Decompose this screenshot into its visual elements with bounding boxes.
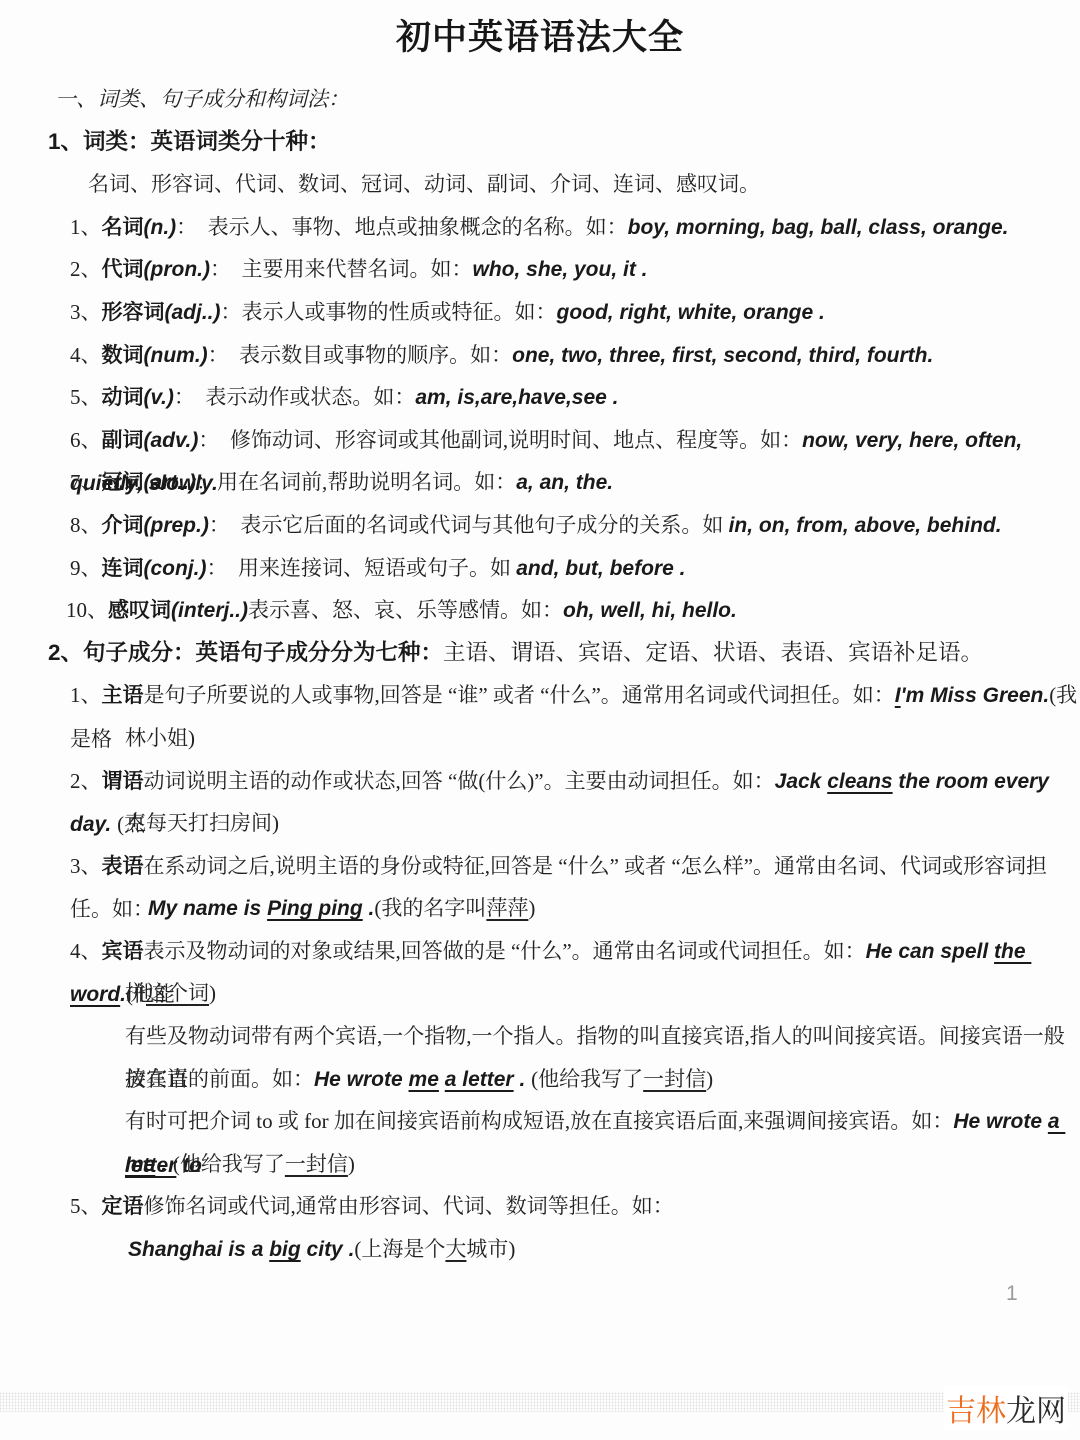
text-segment: 1、	[70, 683, 102, 707]
text-segment: 林小姐)	[125, 726, 195, 750]
text-segment: 表示及物动词的对象或结果,回答做的是 “什么”。通常由名词或代词担任。如：	[144, 939, 866, 963]
text-segment: 主语、谓语、宾语、定语、状语、表语、宾语补足语。	[443, 640, 983, 665]
text-segment: .	[363, 897, 375, 920]
text-segment: He wrote	[953, 1110, 1048, 1133]
text-segment: He can spell	[866, 940, 994, 963]
text-segment: )	[528, 896, 535, 920]
text-segment: 有时可把介词 to 或 for 加在间接宾语前构成短语,放在直接宾语后面,来强调…	[125, 1109, 953, 1133]
sentence-part-1-subject: 1、主语是句子所要说的人或事物,回答是 “谁” 或者 “什么”。通常用名词或代词…	[0, 674, 1080, 717]
text-segment: a, an, the.	[516, 471, 613, 494]
document-body: 一、词类、句子成分和构词法：1、词类：英语词类分十种：名词、形容词、代词、数词、…	[0, 78, 1080, 1271]
text-segment: 2、	[70, 769, 102, 793]
word-class-5-verb: 5、动词(v.)： 表示动作或状态。如：am, is,are,have,see …	[0, 376, 1080, 419]
section-1-heading: 1、词类：英语词类分十种：	[0, 121, 1080, 164]
text-segment: 代词	[102, 258, 144, 281]
text-segment: 10、	[66, 598, 108, 622]
text-segment: in, on, from, above, behind.	[729, 514, 1002, 537]
text-segment: ：	[174, 385, 195, 409]
text-segment: who, she, you, it .	[472, 258, 647, 281]
word-class-7-article: 7、冠词(art..)：用在名词前,帮助说明名词。如：a, an, the.	[0, 461, 1080, 504]
text-segment: (pron.)	[144, 258, 210, 281]
text-segment: 名词、形容词、代词、数词、冠词、动词、副词、介词、连词、感叹词。	[88, 172, 760, 196]
text-segment: 一、词类、句子成分和构词法：	[55, 87, 349, 111]
text-segment: 表示喜、怒、哀、乐等感情。如：	[248, 598, 563, 622]
text-segment: 2、句子成分：英语句子成分分为七种：	[48, 640, 443, 665]
text-segment: He wrote	[314, 1068, 409, 1091]
text-segment: 表示人或事物的性质或特征。如：	[242, 300, 557, 324]
text-segment: ：	[209, 513, 230, 537]
text-segment: .	[155, 1153, 173, 1176]
text-segment: 一封信	[643, 1067, 706, 1091]
text-segment: 5、	[70, 385, 102, 409]
text-segment: 表示人、事物、地点或抽象概念的名称。如：	[197, 215, 628, 239]
text-segment: 3、	[70, 854, 102, 878]
text-segment: ：	[176, 215, 197, 239]
text-segment: 是句子所要说的人或事物,回答是 “谁” 或者 “什么”。通常用名词或代词担任。如…	[144, 683, 895, 707]
sentence-part-3-predicative: 3、表语在系动词之后,说明主语的身份或特征,回答是 “什么” 或者 “怎么样”。…	[0, 845, 1080, 888]
text-segment: big	[269, 1238, 301, 1261]
sentence-part-3-example: My name is Ping ping .(我的名字叫萍萍)	[0, 887, 1080, 930]
text-segment: 6、	[70, 428, 102, 452]
text-segment: 城市)	[466, 1237, 515, 1261]
sentence-part-4-object: 4、宾语表示及物动词的对象或结果,回答做的是 “什么”。通常由名词或代词担任。如…	[0, 930, 1080, 973]
word-class-10-interjection: 10、感叹词(interj..)表示喜、怒、哀、乐等感情。如：oh, well,…	[0, 589, 1080, 632]
text-segment: 9、	[70, 556, 102, 580]
text-segment: 表语	[102, 855, 144, 878]
text-segment: ：	[208, 343, 229, 367]
text-segment: Jack	[775, 770, 828, 793]
text-segment: 8、	[70, 513, 102, 537]
word-class-6-adverb: 6、副词(adv.)： 修饰动词、形容词或其他副词,说明时间、地点、程度等。如：…	[0, 419, 1080, 462]
text-segment: )	[706, 1067, 713, 1091]
word-class-2-pronoun: 2、代词(pron.)： 主要用来代替名词。如：who, she, you, i…	[0, 248, 1080, 291]
word-class-1-noun: 1、名词(n.)： 表示人、事物、地点或抽象概念的名称。如：boy, morni…	[0, 206, 1080, 249]
text-segment: one, two, three, first, second, third, f…	[512, 344, 933, 367]
text-segment: am, is,are,have,see .	[415, 386, 618, 409]
word-class-4-numeral: 4、数词(num.)： 表示数目或事物的顺序。如：one, two, three…	[0, 334, 1080, 377]
text-segment: 表示数目或事物的顺序。如：	[229, 343, 513, 367]
text-segment: (num.)	[144, 344, 208, 367]
text-segment: boy, morning, bag, ball, class, orange.	[628, 216, 1009, 239]
text-segment: (他给我写了	[531, 1067, 643, 1091]
text-segment: 副词	[102, 429, 144, 452]
text-segment: 拼	[125, 981, 146, 1005]
text-segment: ：	[210, 257, 231, 281]
text-segment: 这个词	[146, 981, 209, 1005]
text-segment: 动词说明主语的动作或状态,回答 “做(什么)”。主要由动词担任。如：	[144, 769, 775, 793]
text-segment: ：	[196, 470, 217, 494]
text-segment: (上海是个	[354, 1237, 445, 1261]
text-segment: good, right, white, orange .	[557, 301, 825, 324]
text-segment: My name is	[148, 897, 267, 920]
text-segment: 一封信	[285, 1152, 348, 1176]
text-segment: ：	[221, 300, 242, 324]
watermark-part-1: 吉林	[946, 1395, 1006, 1428]
sentence-part-1-cont: 林小姐)	[0, 717, 1080, 760]
text-segment: )	[209, 981, 216, 1005]
text-segment: me	[409, 1068, 439, 1091]
text-segment: 定语	[102, 1195, 144, 1218]
text-segment: 1、词类：英语词类分十种：	[48, 129, 331, 154]
text-segment: 动词	[102, 386, 144, 409]
text-segment: 4、	[70, 343, 102, 367]
text-segment: 1、	[70, 215, 102, 239]
text-segment: oh, well, hi, hello.	[563, 599, 737, 622]
sentence-part-5-example: Shanghai is a big city .(上海是个大城市)	[0, 1228, 1080, 1271]
text-segment: 3、	[70, 300, 102, 324]
text-segment: 克每天打扫房间)	[125, 811, 279, 835]
page-title: 初中英语语法大全	[0, 0, 1080, 60]
object-note-line-2: 接宾语的前面。如：He wrote me a letter . (他给我写了一封…	[0, 1058, 1080, 1101]
sentence-part-5-attributive: 5、定语修饰名词或代词,通常由形容词、代词、数词等担任。如：	[0, 1185, 1080, 1228]
sentence-part-2-predicate: 2、谓语动词说明主语的动作或状态,回答 “做(什么)”。主要由动词担任。如：Ja…	[0, 760, 1080, 803]
text-segment: Ping ping	[267, 897, 363, 920]
text-segment: 4、	[70, 939, 102, 963]
page-number: 1	[1006, 1282, 1018, 1306]
noise-band	[0, 1392, 1080, 1412]
text-segment: 'm Miss Green.	[901, 684, 1050, 707]
text-segment: (v.)	[144, 386, 174, 409]
text-segment: 形容词	[102, 301, 165, 324]
text-segment: city .	[301, 1238, 355, 1261]
text-segment: (interj..)	[171, 599, 248, 622]
text-segment: (他给我写了	[173, 1152, 285, 1176]
text-segment: (conj.)	[144, 557, 207, 580]
text-segment: 2、	[70, 257, 102, 281]
text-segment: ：	[198, 428, 219, 452]
word-class-list: 名词、形容词、代词、数词、冠词、动词、副词、介词、连词、感叹词。	[0, 163, 1080, 206]
text-segment: .	[514, 1068, 532, 1091]
section-2-heading: 2、句子成分：英语句子成分分为七种：主语、谓语、宾语、定语、状语、表语、宾语补足…	[0, 632, 1080, 675]
text-segment: 介词	[102, 514, 144, 537]
text-segment: 连词	[102, 557, 144, 580]
text-segment: 主语	[102, 684, 144, 707]
word-class-8-preposition: 8、介词(prep.)： 表示它后面的名词或代词与其他句子成分的关系。如 in,…	[0, 504, 1080, 547]
text-segment: 大	[445, 1237, 466, 1261]
text-segment: (n.)	[144, 216, 177, 239]
intro-heading: 一、词类、句子成分和构词法：	[0, 78, 1080, 121]
text-segment: (adv.)	[144, 429, 199, 452]
text-segment: 接宾语的前面。如：	[125, 1067, 314, 1091]
text-segment: 用来连接词、短语或句子。如	[228, 556, 517, 580]
word-class-3-adjective: 3、形容词(adj..)：表示人或事物的性质或特征。如：good, right,…	[0, 291, 1080, 334]
text-segment: ：	[207, 556, 228, 580]
object-note-line-4: me . (他给我写了一封信)	[0, 1143, 1080, 1186]
text-segment: 5、	[70, 1194, 102, 1218]
text-segment: 名词	[102, 216, 144, 239]
document-page: 初中英语语法大全 一、词类、句子成分和构词法：1、词类：英语词类分十种：名词、形…	[0, 0, 1080, 1440]
text-segment: a letter	[445, 1068, 514, 1091]
text-segment: and, but, before .	[516, 557, 685, 580]
text-segment: )	[348, 1152, 355, 1176]
text-segment: 用在名词前,帮助说明名词。如：	[217, 470, 516, 494]
object-note-line-1: 有些及物动词带有两个宾语,一个指物,一个指人。指物的叫直接宾语,指人的叫间接宾语…	[0, 1015, 1080, 1058]
text-segment: cleans	[827, 770, 892, 793]
text-segment: 表示它后面的名词或代词与其他句子成分的关系。如	[230, 513, 729, 537]
watermark: 吉林龙网	[944, 1386, 1068, 1430]
sentence-part-4-cont: 拼这个词)	[0, 972, 1080, 1015]
text-segment: 谓语	[102, 770, 144, 793]
text-segment: Shanghai is a	[128, 1238, 269, 1261]
sentence-part-2-cont: 克每天打扫房间)	[0, 802, 1080, 845]
text-segment: 萍萍	[486, 896, 528, 920]
text-segment: 数词	[102, 344, 144, 367]
text-segment: me	[125, 1153, 155, 1176]
text-segment: 冠词	[102, 471, 144, 494]
text-segment: (我的名字叫	[374, 896, 486, 920]
text-segment: 表示动作或状态。如：	[195, 385, 416, 409]
text-segment: 宾语	[102, 940, 144, 963]
text-segment: (prep.)	[144, 514, 209, 537]
word-class-9-conjunction: 9、连词(conj.)： 用来连接词、短语或句子。如 and, but, bef…	[0, 547, 1080, 590]
text-segment: 主要用来代替名词。如：	[231, 257, 473, 281]
text-segment: 修饰名词或代词,通常由形容词、代词、数词等担任。如：	[144, 1194, 674, 1218]
text-segment: 修饰动词、形容词或其他副词,说明时间、地点、程度等。如：	[219, 428, 802, 452]
watermark-part-2: 龙网	[1006, 1395, 1066, 1428]
text-segment: 7、	[70, 470, 102, 494]
object-note-line-3: 有时可把介词 to 或 for 加在间接宾语前构成短语,放在直接宾语后面,来强调…	[0, 1100, 1080, 1143]
text-segment: (adj..)	[165, 301, 221, 324]
text-segment: (art..)	[144, 471, 197, 494]
text-segment: 感叹词	[108, 599, 171, 622]
